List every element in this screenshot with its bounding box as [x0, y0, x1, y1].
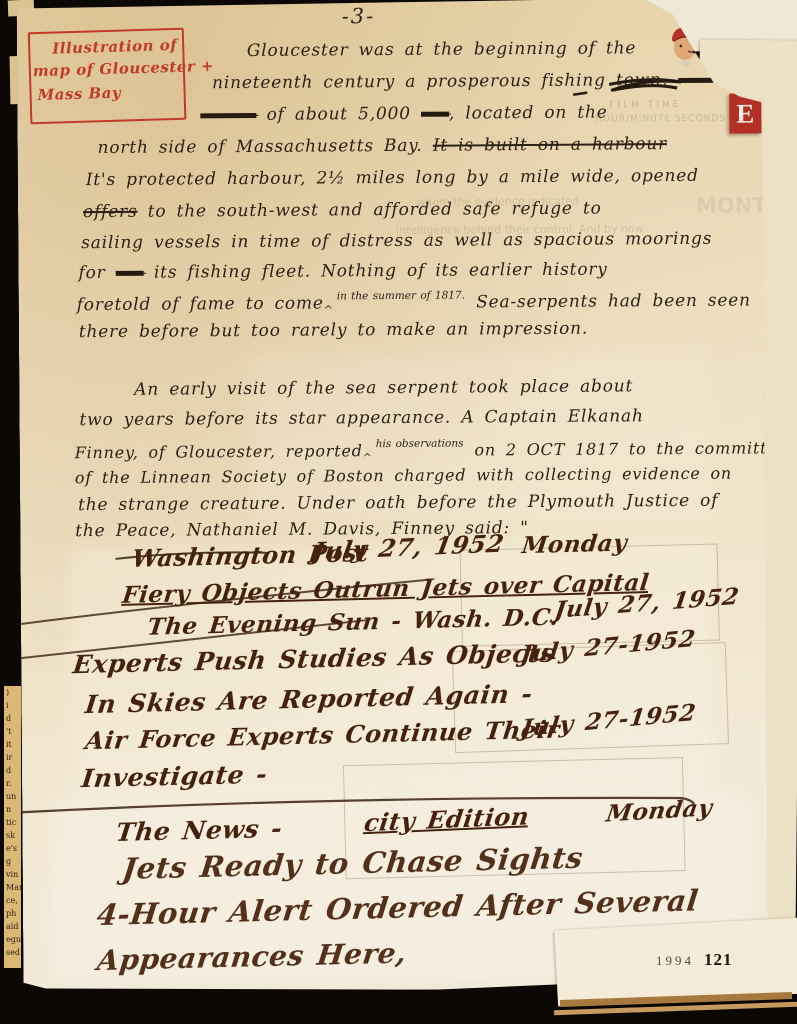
manuscript-line: sailing vessels in time of distress as w… — [81, 229, 712, 253]
manuscript-page: FILM TIME HOUR/MINUTE SECONDS where the … — [17, 0, 769, 993]
text-segment: it — [6, 738, 21, 751]
manuscript-line: there before but too rarely to make an i… — [79, 319, 588, 343]
text-segment: foretold of fame to come — [77, 293, 324, 315]
manuscript-line: foretold of fame to come^in the summer o… — [77, 287, 751, 318]
photographed-manuscript-page: { "colors":{"paper":"#ead9b6","ink":"#2d… — [0, 0, 797, 1024]
text-segment: to the south-west and afforded safe refu… — [137, 199, 601, 222]
note-headline: Investigate - — [80, 760, 269, 794]
text-segment: Mar — [6, 881, 21, 894]
text-segment: vin — [6, 868, 21, 881]
newspaper-clipping-edge: )id'titirdr.unnticske'sgvinMarce,phaideg… — [4, 686, 21, 968]
text-segment: , located on the — [449, 102, 608, 123]
text-segment: on 2 OCT 1817 to the committee — [464, 438, 788, 459]
text-segment: 't — [6, 725, 21, 738]
text-segment: Finney, of Gloucester, reported — [75, 441, 363, 462]
text-segment: in the summer of 1817. — [337, 289, 465, 302]
manuscript-line: offers to the south-west and afforded sa… — [83, 199, 602, 223]
text-segment: d — [6, 764, 21, 777]
stamp-year: 1994 — [656, 953, 694, 969]
text-segment: i — [6, 699, 21, 712]
text-segment: sk — [6, 829, 21, 842]
text-segment: ir — [6, 751, 21, 764]
text-segment: g — [6, 855, 21, 868]
note-source: The News - — [114, 814, 284, 847]
text-segment: ce, — [6, 894, 21, 907]
page-number: -3- — [342, 4, 376, 28]
text-segment: of about 5,000 — [256, 104, 421, 125]
text-segment: north side of Massachusetts Bay. — [98, 136, 433, 158]
annotation-line: Illustration of — [52, 36, 178, 58]
text-segment: ) — [6, 686, 21, 699]
text-segment: e's — [6, 842, 21, 855]
annotation-line: Mass Bay — [37, 84, 121, 104]
text-segment: aid — [6, 920, 21, 933]
text-segment: tic — [6, 816, 21, 829]
text-segment: two years before its star appearance. A … — [79, 406, 643, 430]
manuscript-line: Gloucester was at the beginning of the — [247, 38, 637, 61]
text-segment: Gloucester was at the beginning of the — [247, 38, 637, 61]
text-segment: —— — [421, 104, 449, 124]
manuscript-line: Finney, of Gloucester, reported^his obse… — [75, 435, 788, 466]
text-segment: un — [6, 790, 21, 803]
text-segment: ph — [6, 907, 21, 920]
text-segment: his observations — [376, 438, 464, 451]
note-day: Monday — [520, 530, 628, 560]
text-segment: there before but too rarely to make an i… — [79, 319, 588, 343]
stamp-page-number: 121 — [704, 950, 733, 970]
text-segment: for — [78, 263, 115, 283]
manuscript-line: two years before its star appearance. A … — [79, 406, 643, 430]
text-segment: offers — [83, 202, 138, 222]
text-segment: It is built on a harbour — [433, 134, 667, 156]
text-segment: —— — [116, 263, 144, 283]
manuscript-line: nineteenth century a prosperous fishing … — [212, 70, 720, 94]
text-segment: r. — [6, 777, 21, 790]
text-segment: ———— — [200, 105, 256, 125]
manuscript-line: An early visit of the sea serpent took p… — [134, 376, 633, 399]
text-segment: It's protected harbour, 2½ miles long by… — [86, 166, 699, 190]
text-segment: d — [6, 712, 21, 725]
manuscript-line: for —— its fishing fleet. Nothing of its… — [78, 259, 607, 283]
text-segment: nineteenth century a prosperous fishing … — [212, 70, 678, 93]
ghost-text: HOUR/MINUTE SECONDS — [595, 114, 726, 125]
manuscript-line: It's protected harbour, 2½ miles long by… — [86, 166, 699, 190]
text-segment: sed — [6, 946, 21, 959]
annotation-line: map of Gloucester + — [33, 57, 215, 80]
text-segment: ^ — [363, 451, 373, 464]
annotation-box: Illustration of map of Gloucester + Mass… — [28, 28, 187, 125]
text-segment: sailing vessels in time of distress as w… — [81, 229, 712, 253]
text-segment: ^ — [324, 303, 334, 316]
text-segment: Sea-serpents had been seen — [466, 290, 751, 312]
text-segment: n — [6, 803, 21, 816]
ghost-text: FILM TIME — [609, 100, 681, 111]
text-segment: An early visit of the sea serpent took p… — [134, 376, 633, 399]
text-segment: egu — [6, 933, 21, 946]
manuscript-line: ———— of about 5,000 ——, located on the — [200, 102, 607, 125]
manuscript-line: north side of Massachusetts Bay. It is b… — [98, 134, 668, 158]
text-segment: its fishing fleet. Nothing of its earlie… — [144, 259, 608, 282]
